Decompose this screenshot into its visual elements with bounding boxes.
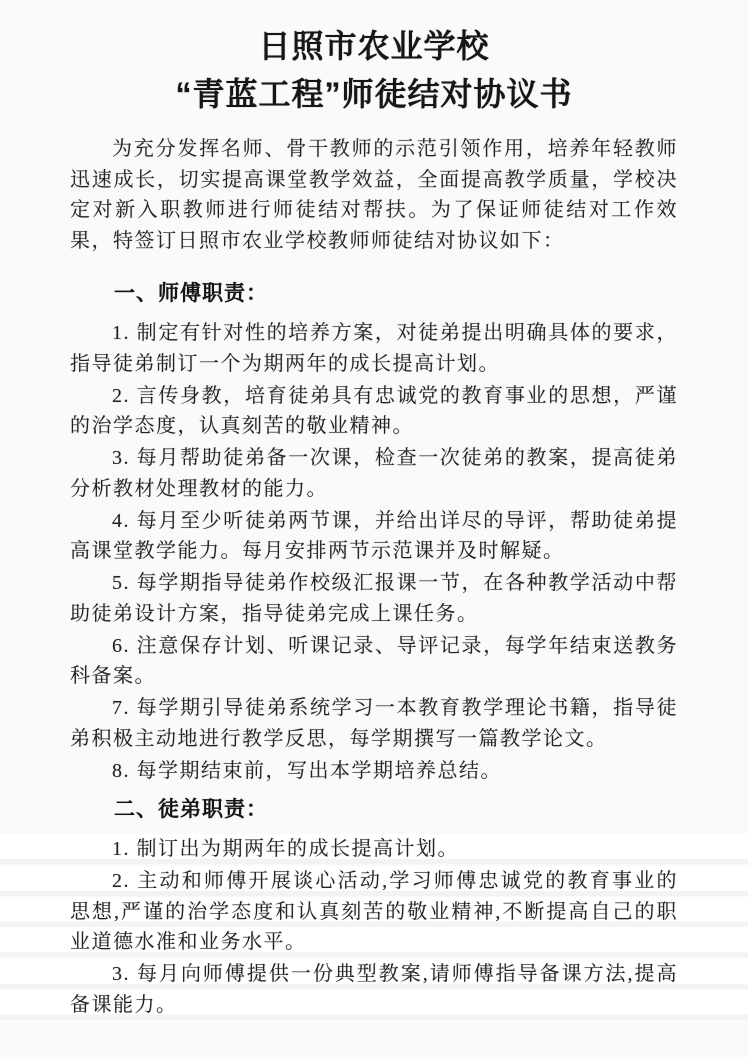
section-2-item-1: 1. 制订出为期两年的成长提高计划。 [0, 834, 748, 865]
section-2-items: 1. 制订出为期两年的成长提高计划。 2. 主动和师傅开展谈心活动,学习师傅忠诚… [70, 834, 678, 1020]
section-1-heading: 一、师傅职责： [70, 278, 678, 309]
section-2-item-2: 2. 主动和师傅开展谈心活动,学习师傅忠诚党的教育事业的思想,严谨的治学态度和认… [0, 866, 748, 958]
intro-paragraph: 为充分发挥名师、骨干教师的示范引领作用，培养年轻教师迅速成长，切实提高课堂教学效… [70, 134, 678, 256]
section-2-heading: 二、徒弟职责： [70, 794, 678, 825]
document-title-line2: “青蓝工程”师徒结对协议书 [70, 70, 678, 118]
document-title-line1: 日照市农业学校 [70, 22, 678, 70]
section-1-item-4: 4. 每月至少听徒弟两节课，并给出详尽的导评，帮助徒弟提高课堂教学能力。每月安排… [70, 506, 678, 567]
document-title: 日照市农业学校 “青蓝工程”师徒结对协议书 [70, 20, 678, 118]
section-1-item-8: 8. 每学期结束前，写出本学期培养总结。 [70, 756, 678, 787]
section-1-item-6: 6. 注意保存计划、听课记录、导评记录，每学年结束送教务科备案。 [70, 631, 678, 692]
section-2-item-3: 3. 每月向师傅提供一份典型教案,请师傅指导备课方法,提高备课能力。 [0, 959, 748, 1020]
section-1-item-3: 3. 每月帮助徒弟备一次课，检查一次徒弟的教案，提高徒弟分析教材处理教材的能力。 [70, 443, 678, 504]
section-1-item-5: 5. 每学期指导徒弟作校级汇报课一节，在各种教学活动中帮助徒弟设计方案，指导徒弟… [70, 568, 678, 629]
section-1-item-2: 2. 言传身教，培育徒弟具有忠诚党的教育事业的思想，严谨的治学态度，认真刻苦的敬… [70, 381, 678, 442]
document-page: 日照市农业学校 “青蓝工程”师徒结对协议书 为充分发挥名师、骨干教师的示范引领作… [0, 0, 748, 1057]
section-1-item-1: 1. 制定有针对性的培养方案，对徒弟提出明确具体的要求，指导徒弟制订一个为期两年… [70, 318, 678, 379]
section-1-item-7: 7. 每学期引导徒弟系统学习一本教育教学理论书籍，指导徒弟积极主动地进行教学反思… [70, 693, 678, 754]
